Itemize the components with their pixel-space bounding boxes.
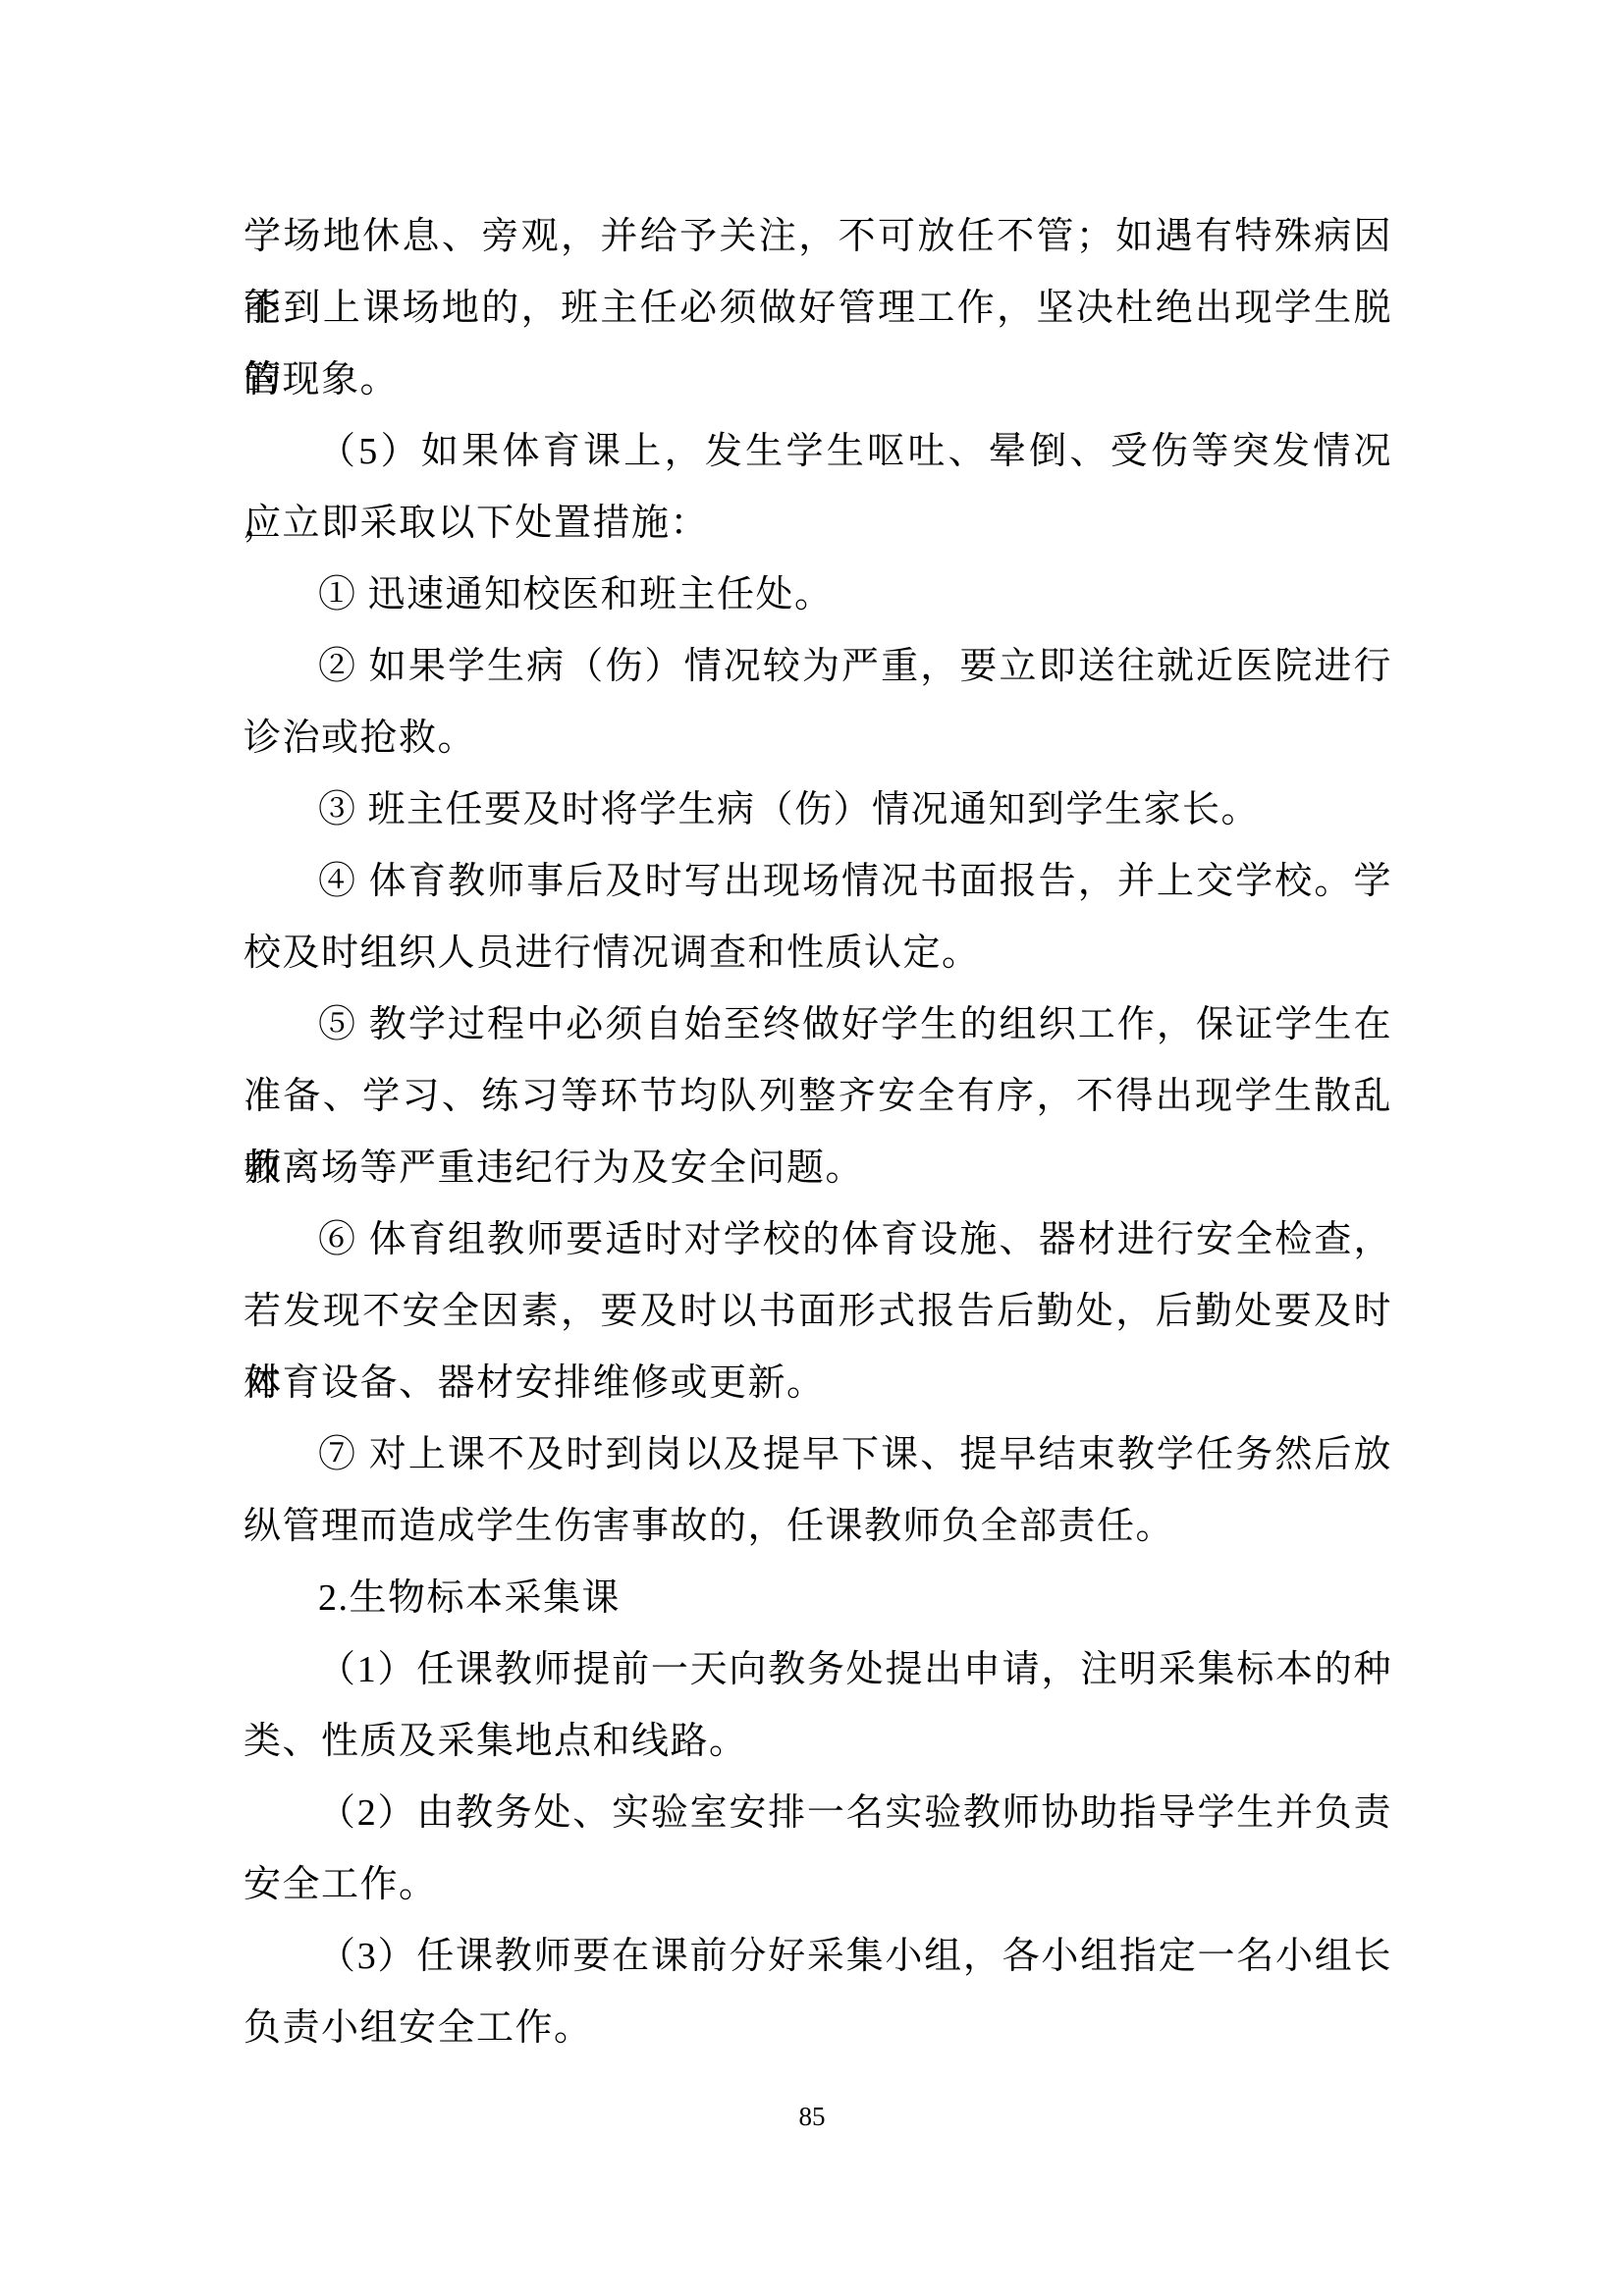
text-line: 类、性质及采集地点和线路。	[244, 1706, 1392, 1778]
text-line: ⑤ 教学过程中必须自始至终做好学生的组织工作，保证学生在	[244, 989, 1392, 1061]
text-line: 师离场等严重违纪行为及安全问题。	[244, 1133, 1392, 1204]
text-line: （2）由教务处、实验室安排一名实验教师协助指导学生并负责	[244, 1778, 1392, 1849]
text-line: 纵管理而造成学生伤害事故的，任课教师负全部责任。	[244, 1491, 1392, 1563]
text-line: ③ 班主任要及时将学生病（伤）情况通知到学生家长。	[244, 774, 1392, 846]
text-line: ① 迅速通知校医和班主任处。	[244, 560, 1392, 631]
document-page: 学场地休息、旁观，并给予关注，不可放任不管；如遇有特殊病因不 能到上课场地的，班…	[0, 0, 1624, 2296]
text-line: 准备、学习、练习等环节均队列整齐安全有序，不得出现学生散乱教	[244, 1061, 1392, 1133]
text-line: 诊治或抢救。	[244, 703, 1392, 774]
text-line: 安全工作。	[244, 1849, 1392, 1921]
text-line: 2.生物标本采集课	[244, 1563, 1392, 1634]
text-line: 学场地休息、旁观，并给予关注，不可放任不管；如遇有特殊病因不	[244, 201, 1392, 273]
text-line: （3）任课教师要在课前分好采集小组，各小组指定一名小组长	[244, 1921, 1392, 1993]
text-line: 校及时组织人员进行情况调查和性质认定。	[244, 918, 1392, 989]
text-line: ⑥ 体育组教师要适时对学校的体育设施、器材进行安全检查，	[244, 1204, 1392, 1276]
text-line: 体育设备、器材安排维修或更新。	[244, 1348, 1392, 1419]
text-line: 应立即采取以下处置措施：	[244, 488, 1392, 560]
text-line: 能到上课场地的，班主任必须做好管理工作，坚决杜绝出现学生脱管	[244, 273, 1392, 345]
document-body: 学场地休息、旁观，并给予关注，不可放任不管；如遇有特殊病因不 能到上课场地的，班…	[244, 201, 1392, 2064]
text-line: ⑦ 对上课不及时到岗以及提早下课、提早结束教学任务然后放	[244, 1419, 1392, 1491]
page-number: 85	[0, 2099, 1624, 2134]
text-line: （1）任课教师提前一天向教务处提出申请，注明采集标本的种	[244, 1634, 1392, 1706]
text-line: ② 如果学生病（伤）情况较为严重，要立即送往就近医院进行	[244, 631, 1392, 703]
text-line: ④ 体育教师事后及时写出现场情况书面报告，并上交学校。学	[244, 846, 1392, 918]
text-line: （5）如果体育课上，发生学生呕吐、晕倒、受伤等突发情况 ，	[244, 416, 1392, 488]
text-line: 的现象。	[244, 345, 1392, 416]
text-line: 负责小组安全工作。	[244, 1993, 1392, 2064]
text-line: 若发现不安全因素，要及时以书面形式报告后勤处，后勤处要及时对	[244, 1276, 1392, 1348]
